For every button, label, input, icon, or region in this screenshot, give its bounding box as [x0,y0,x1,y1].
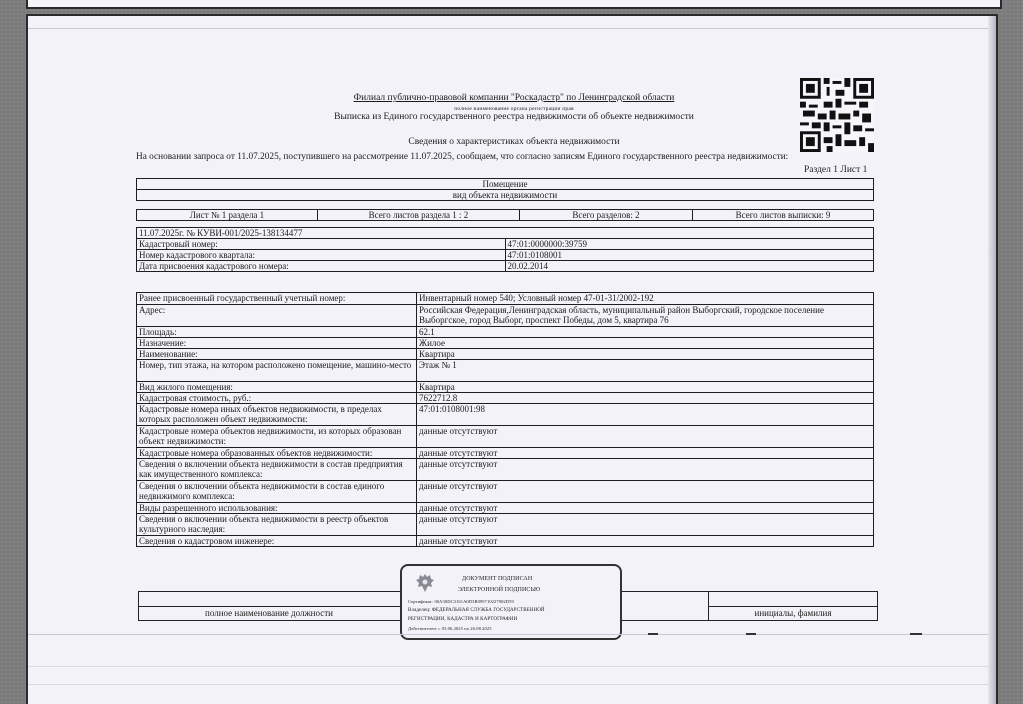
property-value: Жилое [417,338,874,349]
property-label: Сведения о включении объекта недвижимост… [137,481,417,503]
intro-text: На основании запроса от 11.07.2025, пост… [136,152,788,163]
property-label: Кадастровая стоимость, руб.: [137,393,417,404]
scan-artifact [28,684,988,685]
property-label: Вид жилого помещения: [137,382,417,393]
sheet-info-table: Лист № 1 раздела 1 Всего листов раздела … [136,209,874,221]
property-value: Российская Федерация,Ленинградская облас… [417,305,874,327]
scan-artifact [28,634,988,635]
property-value: данные отсутствуют [417,459,874,481]
property-label: Номер, тип этажа, на котором расположено… [137,360,417,382]
property-value: данные отсутствуют [417,448,874,459]
properties-table: Ранее присвоенный государственный учетны… [136,292,874,547]
property-label: Кадастровые номера иных объектов недвижи… [137,404,417,426]
cadastral-value: 20.02.2014 [505,261,874,272]
property-label: Кадастровые номера объектов недвижимости… [137,426,417,448]
stamp-certificate: Сертификат: 00A30DC3161A0D3B099710227902… [408,599,514,605]
cadastral-label: Дата присвоения кадастрового номера: [137,261,506,272]
scan-artifact [28,666,988,667]
electronic-signature-stamp: ДОКУМЕНТ ПОДПИСАН ЭЛЕКТРОННОЙ ПОДПИСЬЮ С… [400,564,622,640]
property-value: данные отсутствуют [417,514,874,536]
previous-page-edge [26,0,1002,9]
scan-artifact [746,633,756,635]
property-value: 62.1 [417,327,874,338]
coat-of-arms-icon [414,572,436,594]
property-label: Площадь: [137,327,417,338]
document-page: Филиал публично-правовой компании "Роска… [26,14,998,704]
stamp-line-1: ДОКУМЕНТ ПОДПИСАН [462,576,532,582]
stamp-validity: Действителен: с 03.06.2025 по 26.08.2025 [408,626,492,632]
scan-artifact [910,633,922,635]
property-label: Кадастровые номера образованных объектов… [137,448,417,459]
property-label: Назначение: [137,338,417,349]
property-label: Сведения о кадастровом инженере: [137,536,417,547]
object-type-table: Помещение вид объекта недвижимости [136,178,874,201]
stamp-owner: Владелец: ФЕДЕРАЛЬНАЯ СЛУЖБА ГОСУДАРСТВЕ… [408,608,545,614]
total-sections: Всего разделов: 2 [520,210,693,221]
cadastral-value: 47:01:0000000:39759 [505,239,874,250]
total-section-sheets: Всего листов раздела 1 : 2 [318,210,520,221]
property-value: 7622712.8 [417,393,874,404]
section-title: Сведения о характеристиках объекта недви… [28,137,998,148]
property-value: данные отсутствуют [417,426,874,448]
property-value: данные отсутствуют [417,481,874,503]
property-value: Этаж № 1 [417,360,874,382]
property-label: Виды разрешенного использования: [137,503,417,514]
section-sheet-label: Раздел 1 Лист 1 [804,165,867,176]
stamp-line-2: ЭЛЕКТРОННОЙ ПОДПИСЬЮ [458,587,540,593]
property-label: Ранее присвоенный государственный учетны… [137,293,417,305]
sheet-number: Лист № 1 раздела 1 [137,210,318,221]
property-value: данные отсутствуют [417,536,874,547]
property-label: Адрес: [137,305,417,327]
scan-artifact [648,633,658,635]
extract-number: 11.07.2025г. № КУВИ-001/2025-138134477 [137,228,874,239]
object-type: Помещение [137,179,874,190]
property-value: Инвентарный номер 540; Условный номер 47… [417,293,874,305]
cadastral-value: 47:01:0108001 [505,250,874,261]
name-caption: инициалы, фамилия [708,608,878,619]
cadastral-label: Номер кадастрового квартала: [137,250,506,261]
stamp-owner-cont: РЕГИСТРАЦИИ, КАДАСТРА И КАРТОГРАФИИ [408,617,517,623]
property-value: 47:01:0108001:98 [417,404,874,426]
position-caption: полное наименование должности [138,608,400,619]
property-label: Наименование: [137,349,417,360]
property-value: данные отсутствуют [417,503,874,514]
total-sheets: Всего листов выписки: 9 [693,210,874,221]
property-label: Сведения о включении объекта недвижимост… [137,514,417,536]
property-value: Квартира [417,349,874,360]
property-label: Сведения о включении объекта недвижимост… [137,459,417,481]
object-type-caption: вид объекта недвижимости [137,190,874,201]
property-value: Квартира [417,382,874,393]
cadastral-table: 11.07.2025г. № КУВИ-001/2025-138134477 К… [136,227,874,272]
cadastral-label: Кадастровый номер: [137,239,506,250]
